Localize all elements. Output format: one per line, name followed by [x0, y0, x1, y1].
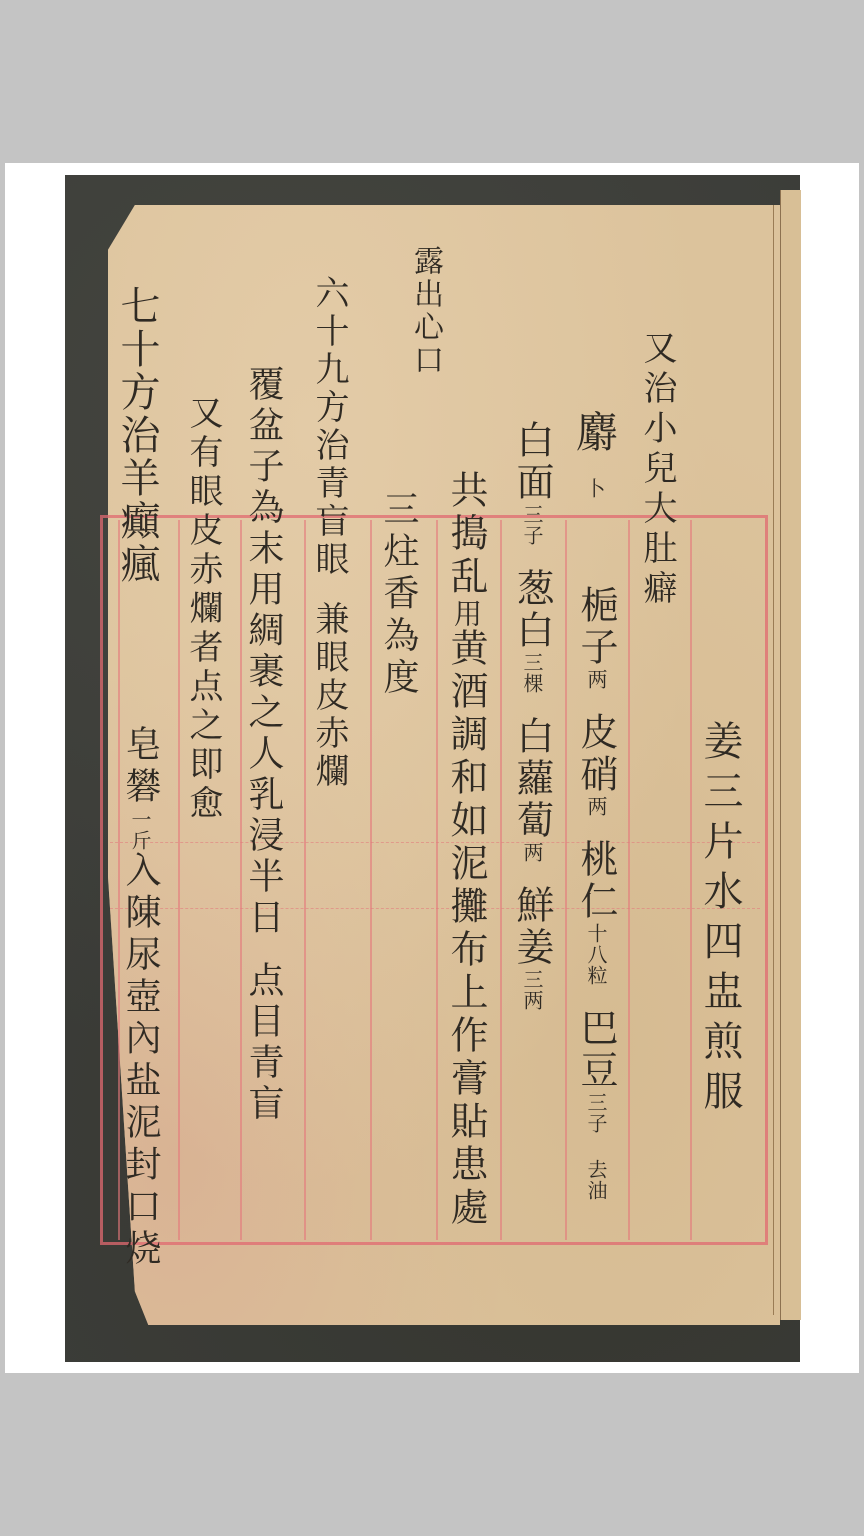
herb-name: 桃仁: [574, 839, 618, 923]
herb-name: 鮮姜: [510, 885, 554, 969]
text-column: 麝卜: [573, 410, 615, 499]
grid-rule: [436, 520, 438, 1240]
column-text: 露出心口: [408, 245, 443, 377]
facing-page-edge: [780, 190, 801, 1320]
herb-name: 葱白: [510, 568, 554, 652]
column-text: 用: [452, 599, 480, 628]
column-text: 又有眼皮赤爛者点之即愈: [183, 395, 223, 824]
grid-dashed-line: [110, 908, 760, 909]
herb-name: 白面: [510, 420, 554, 504]
column-text: 姜三片水四盅煎服: [697, 720, 743, 1120]
herb-dose: 两: [586, 669, 606, 690]
grid-rule: [178, 520, 180, 1240]
grid-rule: [628, 520, 630, 1240]
grid-rule: [304, 520, 306, 1240]
column-note: 卜: [584, 478, 604, 499]
column-text: 共搗乱: [444, 470, 488, 599]
column-text: 入陳尿壺內盐泥封口烧: [120, 851, 161, 1271]
column-text: 為末用綢裹之人乳浸半日: [243, 488, 284, 939]
herb-dose: 十八粒: [586, 923, 606, 986]
herb-dose: 三子: [522, 504, 542, 546]
herb-dose: 两: [586, 796, 606, 817]
herb-name: 巴豆: [574, 1008, 618, 1092]
recipe-heading: 七十方治羊癲瘋: [114, 285, 160, 586]
text-column: 覆盆子為末用綢裹之人乳浸半日点目青盲: [245, 365, 281, 1125]
column-text: 黄酒調和如泥: [444, 628, 488, 886]
recipe-heading: 六十九方治青盲眼: [309, 275, 349, 579]
text-column: 露出心口: [410, 245, 440, 377]
herb-name: 白蘿蔔: [510, 716, 554, 842]
herb-name: 覆盆子: [243, 365, 284, 488]
column-text: 兼眼皮赤爛: [309, 601, 349, 791]
grid-rule: [370, 520, 372, 1240]
herb-dose: 一斤: [130, 809, 150, 851]
grid-dashed-line: [110, 842, 760, 843]
column-text: 点目青盲: [243, 961, 284, 1125]
grid-rule: [500, 520, 502, 1240]
herb-dose: 两: [522, 842, 542, 863]
gutter-line: [773, 205, 774, 1315]
text-column: 三炷香為度: [380, 490, 416, 700]
text-column: 七十方治羊癲瘋: [117, 285, 157, 586]
herb-dose: 三两: [522, 969, 542, 1011]
column-text: 攤布上作膏貼患處: [444, 886, 488, 1230]
herb-dose: 三棵: [522, 652, 542, 694]
column-text: 麝: [570, 410, 619, 456]
herb-dose: 三子 去油: [586, 1092, 606, 1201]
text-column: 梔子两皮硝两桃仁十八粒巴豆三子 去油: [577, 585, 615, 1201]
column-text: 又治小兒大肚癖: [637, 330, 677, 610]
text-column: 白面三子葱白三棵白蘿蔔两鮮姜三两: [513, 420, 551, 1011]
grid-rule: [240, 520, 242, 1240]
text-column: 姜三片水四盅煎服: [700, 720, 740, 1120]
grid-rule: [690, 520, 692, 1240]
column-text: 三炷香為度: [378, 490, 419, 700]
herb-name: 梔子: [574, 585, 618, 669]
text-column: 又有眼皮赤爛者点之即愈: [186, 395, 220, 824]
herb-name: 皮硝: [574, 712, 618, 796]
herb-name: 皂礬: [120, 725, 161, 809]
grid-rule: [565, 520, 567, 1240]
text-column: 又治小兒大肚癖: [640, 330, 674, 610]
text-column: 六十九方治青盲眼兼眼皮赤爛: [312, 275, 346, 791]
text-column: 皂礬一斤入陳尿壺內盐泥封口烧: [122, 725, 158, 1271]
text-column: 共搗乱用黄酒調和如泥攤布上作膏貼患處: [447, 470, 485, 1230]
